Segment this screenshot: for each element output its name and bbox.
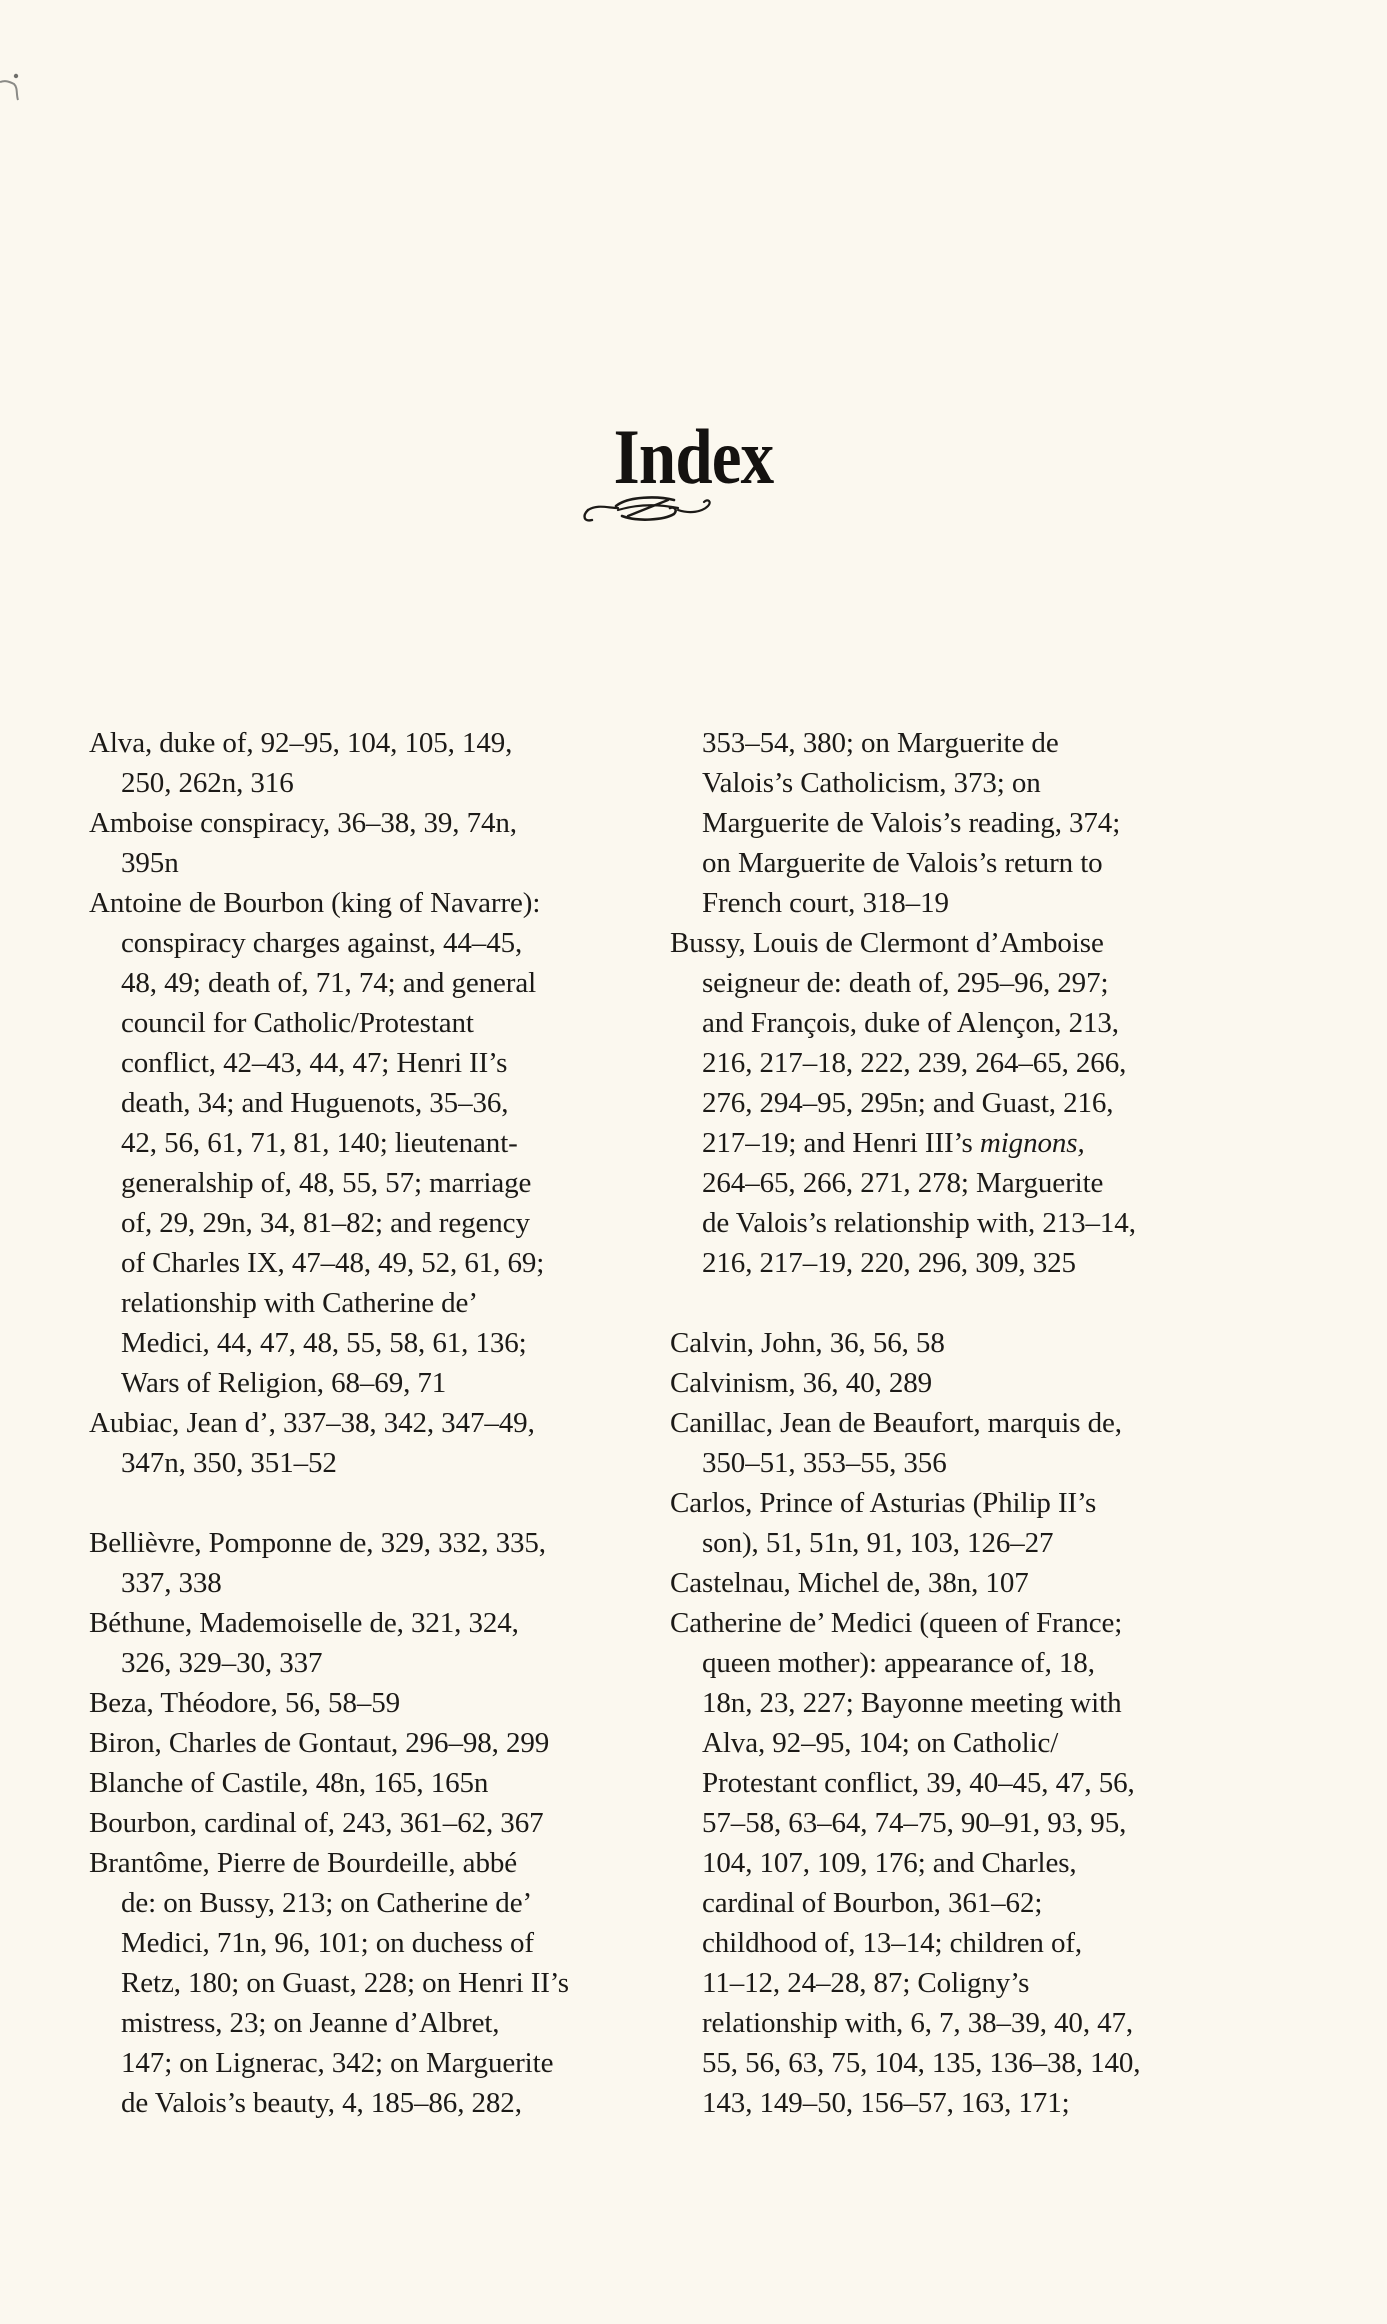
index-entry: Alva, duke of, 92–95, 104, 105, 149,250,… <box>89 723 649 803</box>
index-line: 353–54, 380; on Marguerite de <box>670 723 1230 763</box>
index-line: conflict, 42–43, 44, 47; Henri II’s <box>89 1043 649 1083</box>
index-line: Béthune, Mademoiselle de, 321, 324, <box>89 1603 649 1643</box>
index-entry: Béthune, Mademoiselle de, 321, 324,326, … <box>89 1603 649 1683</box>
index-column-left: Alva, duke of, 92–95, 104, 105, 149,250,… <box>89 723 649 2123</box>
ink-mark-icon <box>0 70 24 110</box>
index-entry: Beza, Théodore, 56, 58–59 <box>89 1683 649 1723</box>
index-line: 216, 217–18, 222, 239, 264–65, 266, <box>670 1043 1230 1083</box>
index-entry: Bellièvre, Pomponne de, 329, 332, 335,33… <box>89 1523 649 1603</box>
index-line: Castelnau, Michel de, 38n, 107 <box>670 1563 1230 1603</box>
index-line: 104, 107, 109, 176; and Charles, <box>670 1843 1230 1883</box>
index-line: 48, 49; death of, 71, 74; and general <box>89 963 649 1003</box>
index-line: Bourbon, cardinal of, 243, 361–62, 367 <box>89 1803 649 1843</box>
index-line: de: on Bussy, 213; on Catherine de’ <box>89 1883 649 1923</box>
index-letter-group: Calvin, John, 36, 56, 58Calvinism, 36, 4… <box>670 1323 1230 2123</box>
index-entry-continued: 353–54, 380; on Marguerite deValois’s Ca… <box>670 723 1230 923</box>
index-line: generalship of, 48, 55, 57; marriage <box>89 1163 649 1203</box>
index-line: Marguerite de Valois’s reading, 374; <box>670 803 1230 843</box>
index-entry: Castelnau, Michel de, 38n, 107 <box>670 1563 1230 1603</box>
index-line: of, 29, 29n, 34, 81–82; and regency <box>89 1203 649 1243</box>
index-line: 276, 294–95, 295n; and Guast, 216, <box>670 1083 1230 1123</box>
index-line: Wars of Religion, 68–69, 71 <box>89 1363 649 1403</box>
index-letter-group: Bellièvre, Pomponne de, 329, 332, 335,33… <box>89 1523 649 2123</box>
index-line: cardinal of Bourbon, 361–62; <box>670 1883 1230 1923</box>
index-line: queen mother): appearance of, 18, <box>670 1643 1230 1683</box>
index-line: Calvinism, 36, 40, 289 <box>670 1363 1230 1403</box>
index-line: Protestant conflict, 39, 40–45, 47, 56, <box>670 1763 1230 1803</box>
index-line: Carlos, Prince of Asturias (Philip II’s <box>670 1483 1230 1523</box>
index-entry: Catherine de’ Medici (queen of France;qu… <box>670 1603 1230 2123</box>
index-entry: Brantôme, Pierre de Bourdeille, abbéde: … <box>89 1843 649 2123</box>
index-line: 216, 217–19, 220, 296, 309, 325 <box>670 1243 1230 1283</box>
index-line: 42, 56, 61, 71, 81, 140; lieutenant- <box>89 1123 649 1163</box>
index-line: 337, 338 <box>89 1563 649 1603</box>
index-line: Valois’s Catholicism, 373; on <box>670 763 1230 803</box>
index-line: 11–12, 24–28, 87; Coligny’s <box>670 1963 1230 2003</box>
index-entry: Antoine de Bourbon (king of Navarre):con… <box>89 883 649 1403</box>
index-entry: Carlos, Prince of Asturias (Philip II’ss… <box>670 1483 1230 1563</box>
index-line: 147; on Lignerac, 342; on Marguerite <box>89 2043 649 2083</box>
index-line: Bussy, Louis de Clermont d’Amboise <box>670 923 1230 963</box>
index-line: Biron, Charles de Gontaut, 296–98, 299 <box>89 1723 649 1763</box>
index-line: Blanche of Castile, 48n, 165, 165n <box>89 1763 649 1803</box>
index-line: conspiracy charges against, 44–45, <box>89 923 649 963</box>
index-entry: Calvin, John, 36, 56, 58 <box>670 1323 1230 1363</box>
index-line: Alva, duke of, 92–95, 104, 105, 149, <box>89 723 649 763</box>
index-line: 395n <box>89 843 649 883</box>
index-line: 347n, 350, 351–52 <box>89 1443 649 1483</box>
index-line: 57–58, 63–64, 74–75, 90–91, 93, 95, <box>670 1803 1230 1843</box>
index-line: 217–19; and Henri III’s mignons, <box>670 1123 1230 1163</box>
index-line: French court, 318–19 <box>670 883 1230 923</box>
italic-term: mignons, <box>980 1127 1085 1159</box>
index-entry: Amboise conspiracy, 36–38, 39, 74n,395n <box>89 803 649 883</box>
index-line: Brantôme, Pierre de Bourdeille, abbé <box>89 1843 649 1883</box>
index-entry: Bussy, Louis de Clermont d’Amboiseseigne… <box>670 923 1230 1283</box>
index-entry: Biron, Charles de Gontaut, 296–98, 299 <box>89 1723 649 1763</box>
letter-group-gap <box>670 1283 1230 1323</box>
index-line: Antoine de Bourbon (king of Navarre): <box>89 883 649 923</box>
index-column-right: 353–54, 380; on Marguerite deValois’s Ca… <box>670 723 1230 2123</box>
index-line: 143, 149–50, 156–57, 163, 171; <box>670 2083 1230 2123</box>
page-title: Index <box>97 412 1290 502</box>
index-entry: Canillac, Jean de Beaufort, marquis de,3… <box>670 1403 1230 1483</box>
index-entry: Bourbon, cardinal of, 243, 361–62, 367 <box>89 1803 649 1843</box>
index-line: Retz, 180; on Guast, 228; on Henri II’s <box>89 1963 649 2003</box>
index-line: 55, 56, 63, 75, 104, 135, 136–38, 140, <box>670 2043 1230 2083</box>
index-line: 18n, 23, 227; Bayonne meeting with <box>670 1683 1230 1723</box>
index-line: 264–65, 266, 271, 278; Marguerite <box>670 1163 1230 1203</box>
index-entry: Aubiac, Jean d’, 337–38, 342, 347–49,347… <box>89 1403 649 1483</box>
index-line: 326, 329–30, 337 <box>89 1643 649 1683</box>
index-line: Amboise conspiracy, 36–38, 39, 74n, <box>89 803 649 843</box>
index-line: relationship with Catherine de’ <box>89 1283 649 1323</box>
index-line: de Valois’s relationship with, 213–14, <box>670 1203 1230 1243</box>
index-letter-group: 353–54, 380; on Marguerite deValois’s Ca… <box>670 723 1230 1283</box>
index-line: Bellièvre, Pomponne de, 329, 332, 335, <box>89 1523 649 1563</box>
index-line: son), 51, 51n, 91, 103, 126–27 <box>670 1523 1230 1563</box>
index-line: Medici, 71n, 96, 101; on duchess of <box>89 1923 649 1963</box>
index-line: and François, duke of Alençon, 213, <box>670 1003 1230 1043</box>
index-line: Beza, Théodore, 56, 58–59 <box>89 1683 649 1723</box>
index-entry: Calvinism, 36, 40, 289 <box>670 1363 1230 1403</box>
index-line: 250, 262n, 316 <box>89 763 649 803</box>
index-line: Calvin, John, 36, 56, 58 <box>670 1323 1230 1363</box>
index-line: council for Catholic/Protestant <box>89 1003 649 1043</box>
index-line: Catherine de’ Medici (queen of France; <box>670 1603 1230 1643</box>
index-line: Aubiac, Jean d’, 337–38, 342, 347–49, <box>89 1403 649 1443</box>
index-letter-group: Alva, duke of, 92–95, 104, 105, 149,250,… <box>89 723 649 1483</box>
index-line: Alva, 92–95, 104; on Catholic/ <box>670 1723 1230 1763</box>
index-line: relationship with, 6, 7, 38–39, 40, 47, <box>670 2003 1230 2043</box>
index-line: on Marguerite de Valois’s return to <box>670 843 1230 883</box>
index-line: of Charles IX, 47–48, 49, 52, 61, 69; <box>89 1243 649 1283</box>
index-line: childhood of, 13–14; children of, <box>670 1923 1230 1963</box>
index-line: 350–51, 353–55, 356 <box>670 1443 1230 1483</box>
index-line: Medici, 44, 47, 48, 55, 58, 61, 136; <box>89 1323 649 1363</box>
index-line: Canillac, Jean de Beaufort, marquis de, <box>670 1403 1230 1443</box>
letter-group-gap <box>89 1483 649 1523</box>
index-line: death, 34; and Huguenots, 35–36, <box>89 1083 649 1123</box>
index-entry: Blanche of Castile, 48n, 165, 165n <box>89 1763 649 1803</box>
index-line: mistress, 23; on Jeanne d’Albret, <box>89 2003 649 2043</box>
index-line: de Valois’s beauty, 4, 185–86, 282, <box>89 2083 649 2123</box>
decorative-flourish-icon <box>578 490 718 526</box>
index-line: seigneur de: death of, 295–96, 297; <box>670 963 1230 1003</box>
